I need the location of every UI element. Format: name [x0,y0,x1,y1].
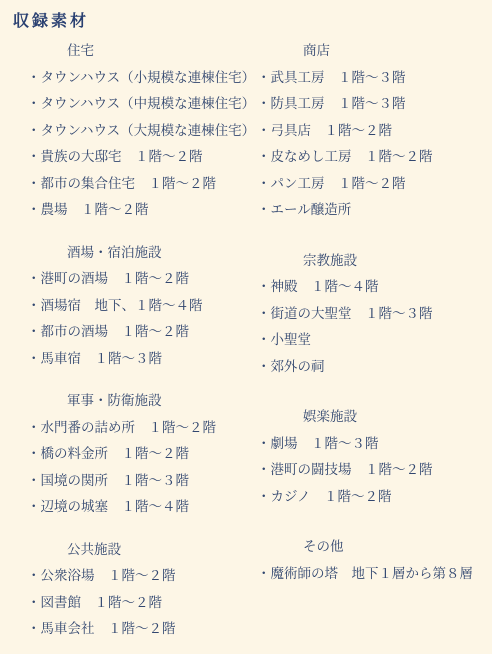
list-item: ・防具工房 １階～３階 [257,91,492,118]
list-item: ・公衆浴場 １階～２階 [27,563,246,590]
content-columns: 住宅 ・タウンハウス（小規模な連棟住宅） ・タウンハウス（中規模な連棟住宅） ・… [0,38,492,643]
page: 収録素材 住宅 ・タウンハウス（小規模な連棟住宅） ・タウンハウス（中規模な連棟… [0,0,492,654]
list-item: ・農場 １階～２階 [27,197,246,224]
section-header: 商店 [303,38,492,65]
section-header: 住宅 [67,38,246,65]
list-item: ・貴族の大邸宅 １階～２階 [27,144,246,171]
list-item: ・武具工房 １階～３階 [257,65,492,92]
list-item: ・馬車宿 １階～３階 [27,346,246,373]
section-religious-facilities: 宗教施設 ・神殿 １階～４階 ・街道の大聖堂 １階～３階 ・小聖堂 ・郊外の祠 [257,248,492,381]
list-item: ・弓具店 １階～２階 [257,118,492,145]
list-item: ・都市の酒場 １階～２階 [27,319,246,346]
list-item: ・パン工房 １階～２階 [257,171,492,198]
list-item: ・タウンハウス（小規模な連棟住宅） [27,65,246,92]
list-item: ・港町の酒場 １階～２階 [27,266,246,293]
list-item: ・カジノ １階～２階 [257,484,492,511]
list-item: ・皮なめし工房 １階～２階 [257,144,492,171]
column-left: 住宅 ・タウンハウス（小規模な連棟住宅） ・タウンハウス（中規模な連棟住宅） ・… [0,38,246,643]
list-item: ・辺境の城塞 １階～４階 [27,494,246,521]
section-military-defense: 軍事・防衛施設 ・水門番の詰め所 １階～２階 ・橋の料金所 １階～２階 ・国境の… [27,388,246,521]
section-tavern-lodging: 酒場・宿泊施設 ・港町の酒場 １階～２階 ・酒場宿 地下、１階～４階 ・都市の酒… [27,240,246,373]
list-item: ・水門番の詰め所 １階～２階 [27,415,246,442]
list-item: ・街道の大聖堂 １階～３階 [257,301,492,328]
list-item: ・馬車会社 １階～２階 [27,616,246,643]
section-housing: 住宅 ・タウンハウス（小規模な連棟住宅） ・タウンハウス（中規模な連棟住宅） ・… [27,38,246,224]
section-public-facilities: 公共施設 ・公衆浴場 １階～２階 ・図書館 １階～２階 ・馬車会社 １階～２階 [27,537,246,643]
list-item: ・劇場 １階～３階 [257,431,492,458]
list-item: ・小聖堂 [257,327,492,354]
list-item: ・国境の関所 １階～３階 [27,468,246,495]
list-item: ・図書館 １階～２階 [27,590,246,617]
section-entertainment: 娯楽施設 ・劇場 １階～３階 ・港町の闘技場 １階～２階 ・カジノ １階～２階 [257,404,492,510]
list-item: ・港町の闘技場 １階～２階 [257,457,492,484]
list-item: ・魔術師の塔 地下１層から第８層 [257,561,492,588]
list-item: ・エール醸造所 [257,197,492,224]
list-item: ・橋の料金所 １階～２階 [27,441,246,468]
list-item: ・神殿 １階～４階 [257,274,492,301]
list-item: ・タウンハウス（中規模な連棟住宅） [27,91,246,118]
section-header: 軍事・防衛施設 [67,388,246,415]
section-shops: 商店 ・武具工房 １階～３階 ・防具工房 １階～３階 ・弓具店 １階～２階 ・皮… [257,38,492,224]
section-header: その他 [303,534,492,561]
section-others: その他 ・魔術師の塔 地下１層から第８層 [257,534,492,587]
section-header: 宗教施設 [303,248,492,275]
section-header: 酒場・宿泊施設 [67,240,246,267]
section-header: 娯楽施設 [303,404,492,431]
list-item: ・タウンハウス（大規模な連棟住宅） [27,118,246,145]
page-title: 収録素材 [13,8,89,31]
list-item: ・酒場宿 地下、１階～４階 [27,293,246,320]
column-right: 商店 ・武具工房 １階～３階 ・防具工房 １階～３階 ・弓具店 １階～２階 ・皮… [246,38,492,643]
section-header: 公共施設 [67,537,246,564]
list-item: ・郊外の祠 [257,354,492,381]
list-item: ・都市の集合住宅 １階～２階 [27,171,246,198]
